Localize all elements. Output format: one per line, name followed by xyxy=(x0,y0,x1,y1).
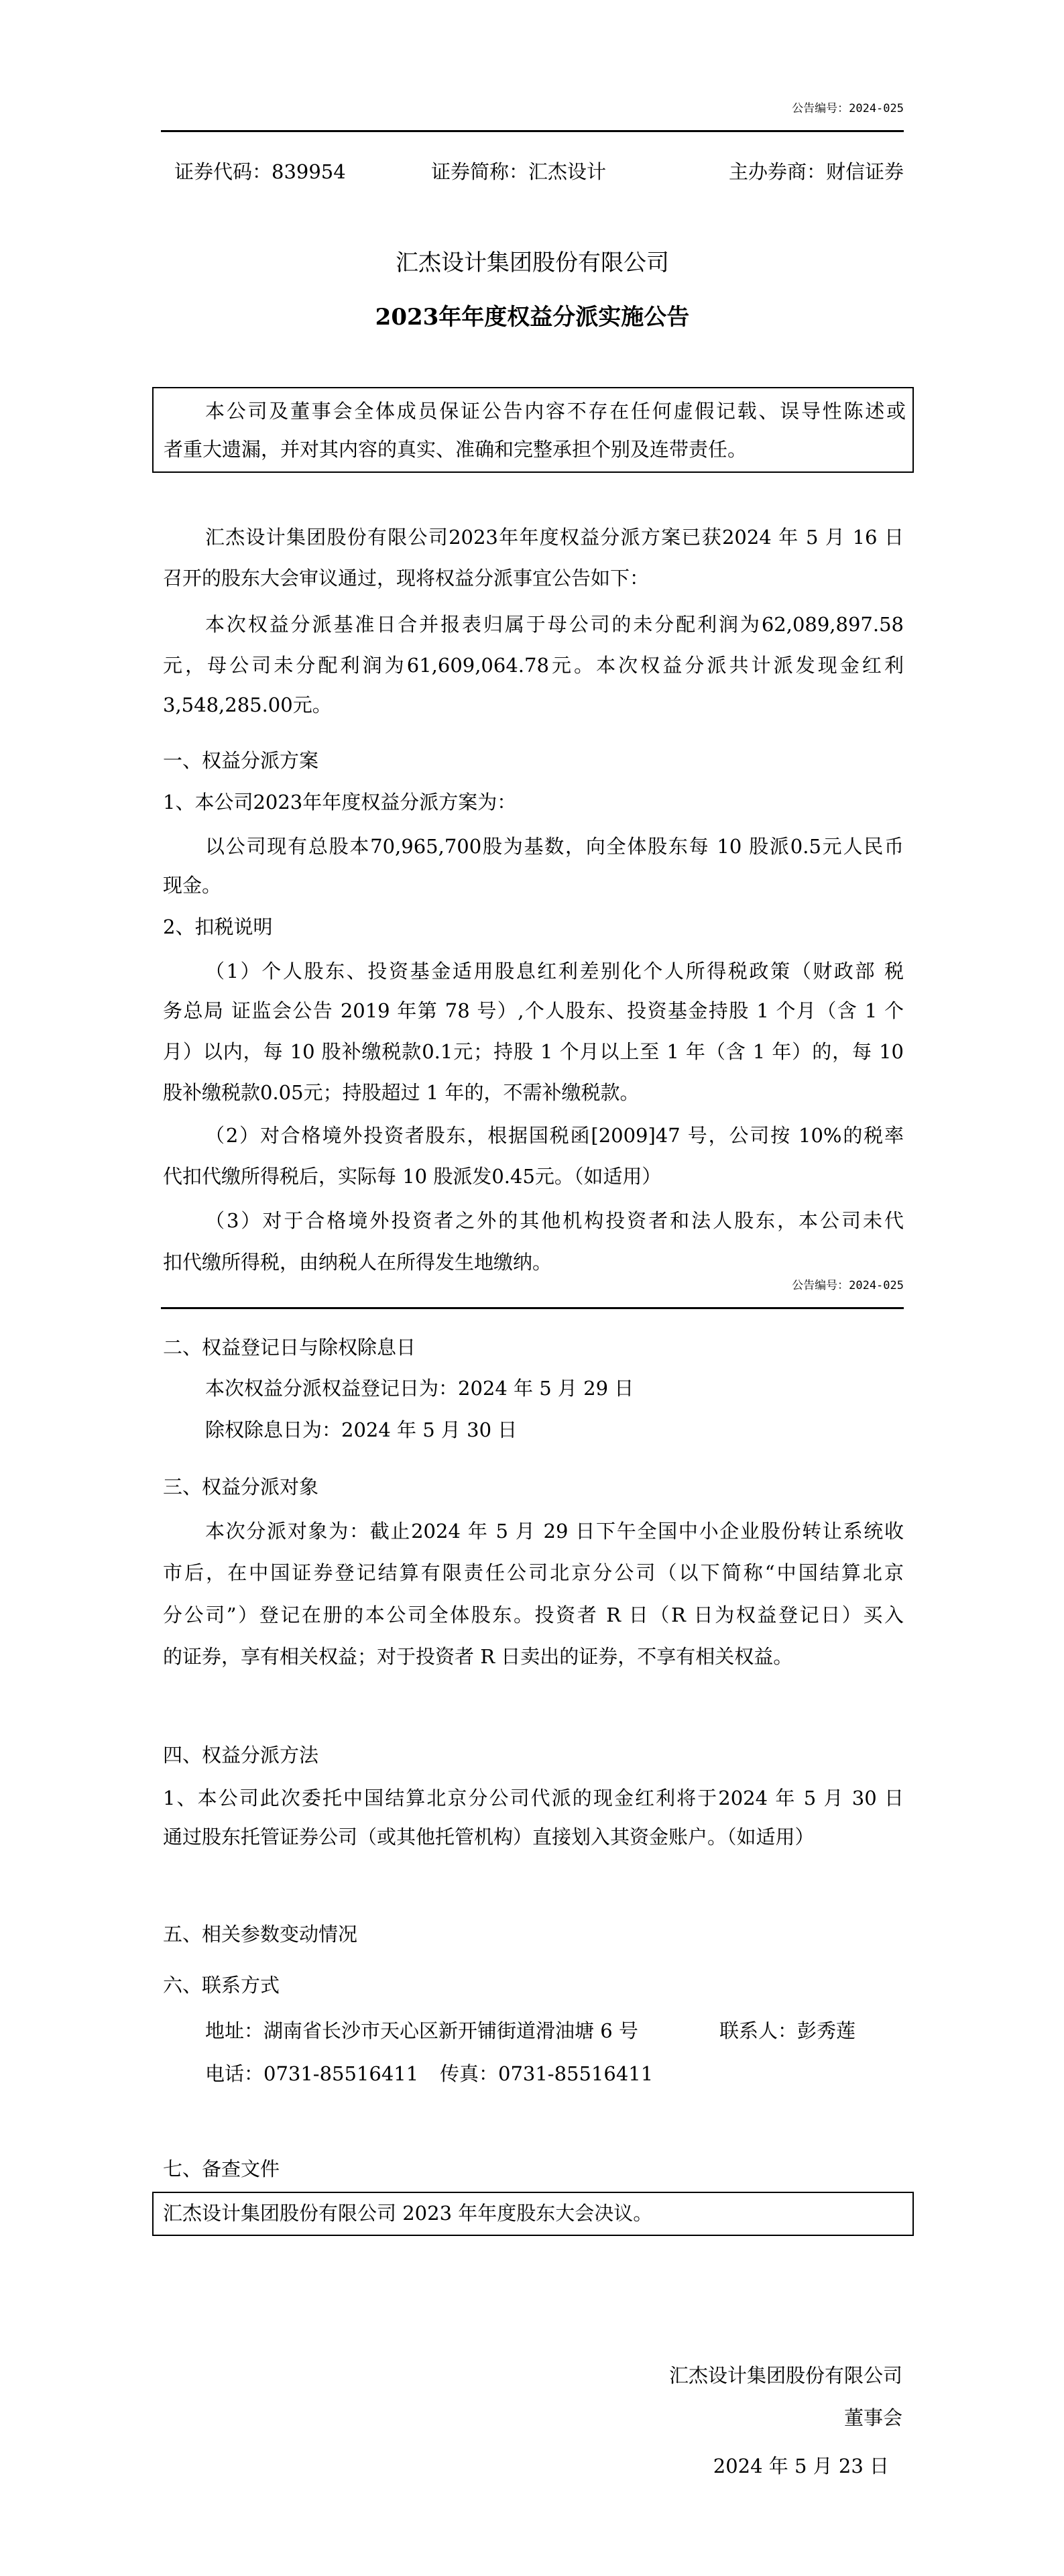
notice-number: 公告编号：2024-025 xyxy=(603,101,904,116)
contact-person: 联系人：彭秀莲 xyxy=(719,2019,855,2043)
section-heading-5: 五、相关参数变动情况 xyxy=(163,1922,357,1946)
tax-note-3-line: 扣代缴所得税，由纳税人在所得发生地缴纳。 xyxy=(163,1250,552,1274)
sponsor-broker: 主办券商：财信证券 xyxy=(670,160,904,184)
distribution-method-line: 1、本公司此次委托中国结算北京分公司代派的现金红利将于2024 年 5 月 30… xyxy=(163,1786,904,1810)
distribution-method-line: 通过股东托管证券公司（或其他托管机构）直接划入其资金账户。（如适用） xyxy=(163,1825,815,1849)
tax-note-2-line: 代扣代缴所得税后，实际每 10 股派发0.45元。（如适用） xyxy=(163,1164,661,1188)
signature-date: 2024 年 5 月 23 日 xyxy=(603,2454,889,2478)
intro-line: 本次权益分派基准日合并报表归属于母公司的未分配利润为62,089,897.58 xyxy=(205,612,904,636)
plan-line: 以公司现有总股本70,965,700股为基数，向全体股东每 10 股派0.5元人… xyxy=(205,834,904,858)
plan-line: 现金。 xyxy=(163,873,221,897)
signature-board: 董事会 xyxy=(603,2406,902,2430)
section-heading-3: 三、权益分派对象 xyxy=(163,1475,318,1499)
section-heading-6: 六、联系方式 xyxy=(163,1973,280,1997)
ex-dividend-date: 除权除息日为：2024 年 5 月 30 日 xyxy=(205,1418,517,1442)
security-code: 证券代码：839954 xyxy=(174,160,346,184)
distribution-target-line: 分公司”）登记在册的本公司全体股东。投资者 R 日（R 日为权益登记日）买入 xyxy=(163,1603,904,1627)
disclaimer-line: 本公司及董事会全体成员保证公告内容不存在任何虚假记载、误导性陈述或 xyxy=(205,399,906,423)
plan-item-title: 1、本公司2023年年度权益分派方案为： xyxy=(163,790,516,814)
tax-note-2-line: （2）对合格境外投资者股东，根据国税函[2009]47 号，公司按 10%的税率 xyxy=(205,1123,904,1147)
intro-line: 3,548,285.00元。 xyxy=(163,693,332,717)
contact-phone: 电话：0731-85516411 xyxy=(205,2062,418,2086)
distribution-target-line: 的证券，享有相关权益；对于投资者 R 日卖出的证券，不享有相关权益。 xyxy=(163,1644,792,1669)
section-heading-1: 一、权益分派方案 xyxy=(163,748,318,773)
contact-address: 地址：湖南省长沙市天心区新开铺街道滑油塘 6 号 xyxy=(205,2019,638,2043)
record-date: 本次权益分派权益登记日为：2024 年 5 月 29 日 xyxy=(205,1376,634,1400)
tax-item-title: 2、扣税说明 xyxy=(163,915,272,939)
reference-document: 汇杰设计集团股份有限公司 2023 年年度股东大会决议。 xyxy=(163,2201,652,2225)
header-rule xyxy=(161,130,904,132)
page2-notice-number: 公告编号：2024-025 xyxy=(603,1278,904,1293)
section-heading-2: 二、权益登记日与除权除息日 xyxy=(163,1335,416,1359)
company-title: 汇杰设计集团股份有限公司 xyxy=(161,248,904,278)
section-heading-4: 四、权益分派方法 xyxy=(163,1743,318,1767)
tax-note-1-line: 股补缴税款0.05元；持股超过 1 年的，不需补缴税款。 xyxy=(163,1080,639,1105)
contact-fax: 传真：0731-85516411 xyxy=(440,2062,653,2086)
page2-header-rule xyxy=(161,1307,904,1309)
signature-company: 汇杰设计集团股份有限公司 xyxy=(603,2363,902,2388)
distribution-target-line: 本次分派对象为：截止2024 年 5 月 29 日下午全国中小企业股份转让系统收 xyxy=(205,1519,904,1543)
document-title: 2023年年度权益分派实施公告 xyxy=(161,302,904,332)
intro-line: 元，母公司未分配利润为61,609,064.78元。本次权益分派共计派发现金红利 xyxy=(163,653,904,677)
tax-note-1-line: （1）个人股东、投资基金适用股息红利差别化个人所得税政策（财政部 税 xyxy=(205,959,904,983)
intro-line: 召开的股东大会审议通过，现将权益分派事宜公告如下： xyxy=(163,566,649,590)
tax-note-1-line: 月）以内，每 10 股补缴税款0.1元；持股 1 个月以上至 1 年（含 1 年… xyxy=(163,1040,904,1064)
distribution-target-line: 市后，在中国证券登记结算有限责任公司北京分公司（以下简称“中国结算北京 xyxy=(163,1561,904,1585)
security-abbreviation: 证券简称：汇杰设计 xyxy=(431,160,606,184)
disclaimer-line: 者重大遗漏，并对其内容的真实、准确和完整承担个别及连带责任。 xyxy=(164,437,747,461)
section-heading-7: 七、备查文件 xyxy=(163,2157,280,2181)
tax-note-1-line: 务总局 证监会公告 2019 年第 78 号）,个人股东、投资基金持股 1 个月… xyxy=(163,999,904,1023)
tax-note-3-line: （3）对于合格境外投资者之外的其他机构投资者和法人股东，本公司未代 xyxy=(205,1209,904,1233)
intro-line: 汇杰设计集团股份有限公司2023年年度权益分派方案已获2024 年 5 月 16… xyxy=(205,525,904,549)
